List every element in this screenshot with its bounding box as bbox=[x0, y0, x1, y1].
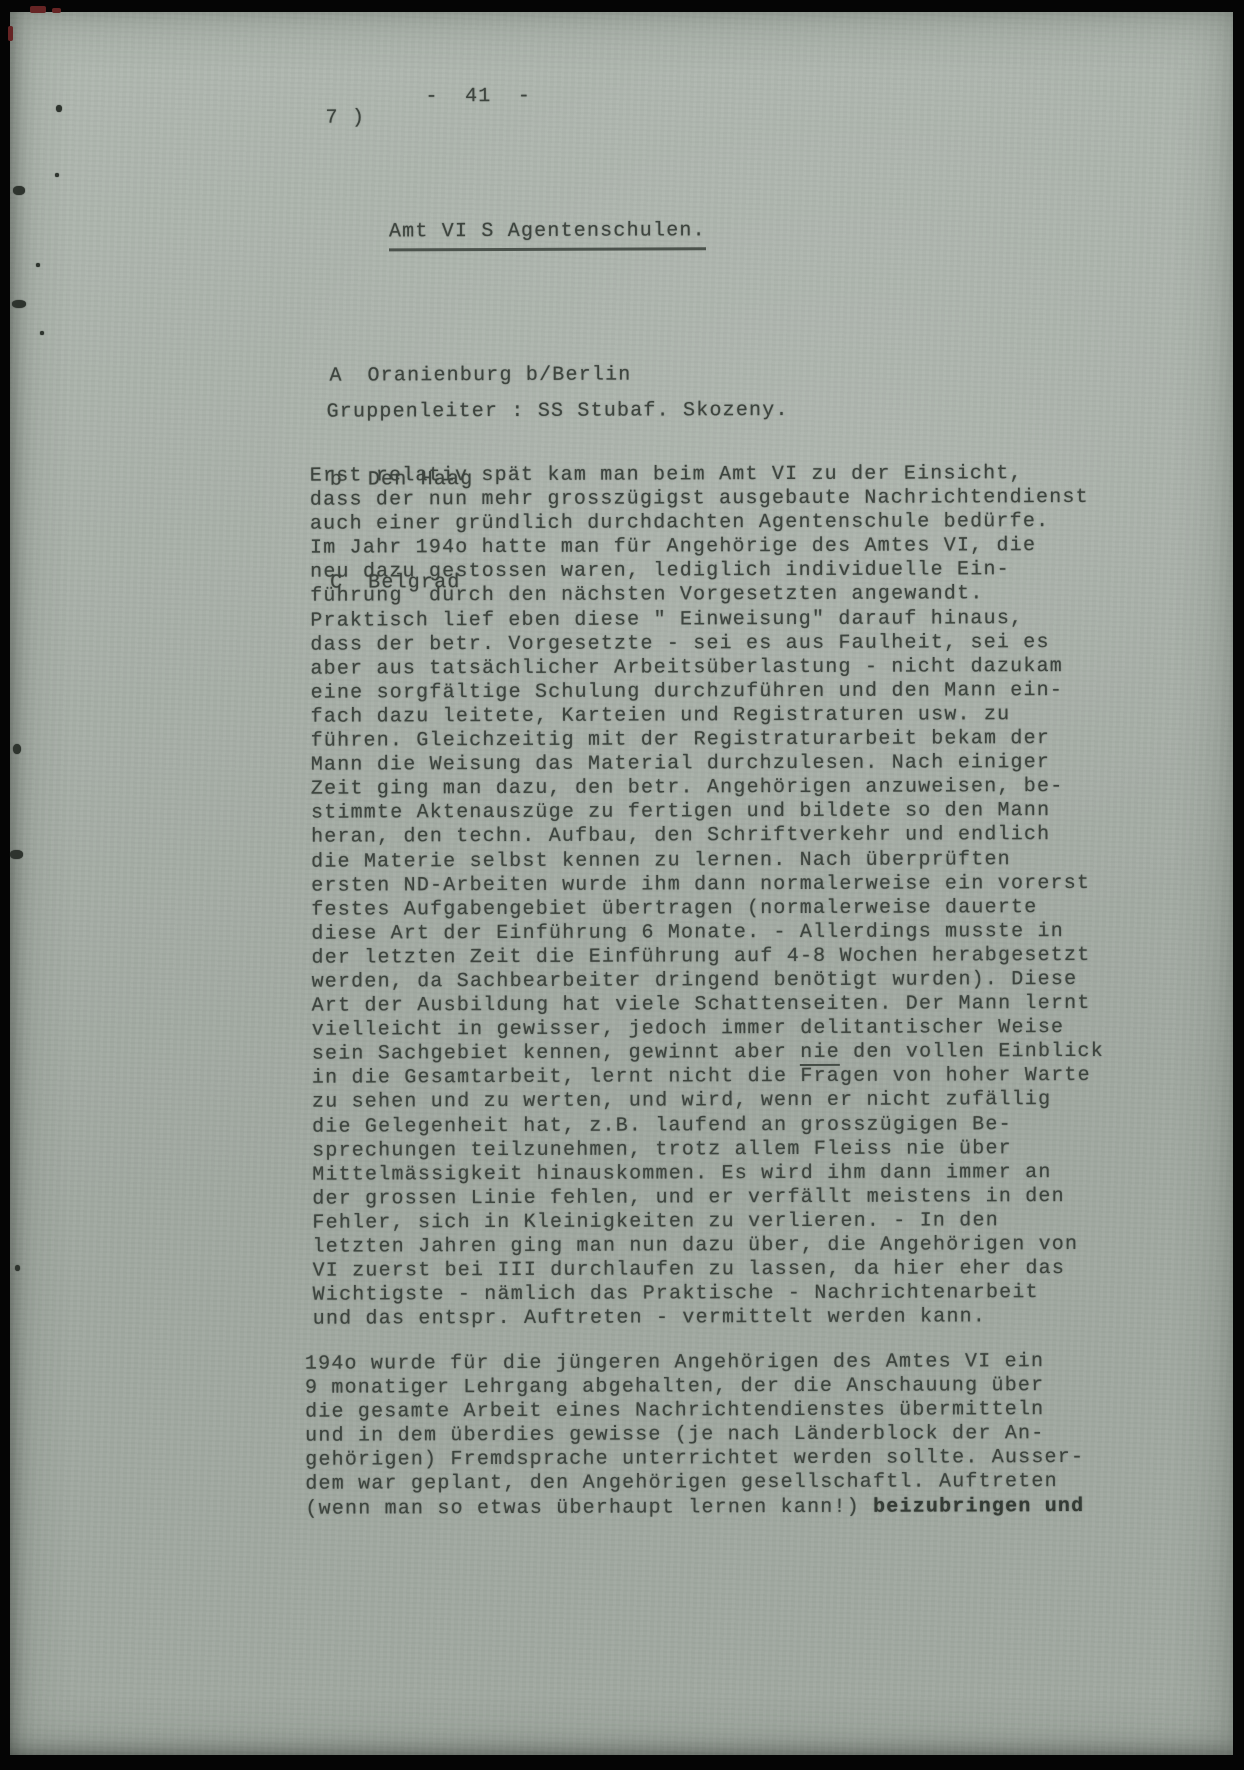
paper-sheet: - 41 - 7 ) Amt VI S Agentenschulen. AOra… bbox=[10, 12, 1233, 1755]
document-title: Amt VI S Agentenschulen. bbox=[389, 219, 706, 244]
ink-speck bbox=[40, 331, 44, 335]
ink-speck bbox=[15, 1265, 20, 1271]
ink-speck bbox=[55, 173, 59, 177]
ink-speck bbox=[13, 744, 21, 754]
scanned-document-page: - 41 - 7 ) Amt VI S Agentenschulen. AOra… bbox=[0, 0, 1244, 1770]
page-number: - 41 - bbox=[425, 85, 531, 109]
ink-speck bbox=[13, 186, 25, 195]
school-place: Oranienburg b/Berlin bbox=[367, 359, 631, 394]
ink-speck bbox=[36, 263, 40, 267]
group-leader-line: Gruppenleiter : SS Stubaf. Skozeny. bbox=[327, 399, 789, 425]
ink-speck bbox=[12, 300, 26, 308]
paragraph-2: 194o wurde für die jüngeren Angehörigen … bbox=[305, 1350, 1085, 1521]
paragraph-1: Erst relativ spät kam man beim Amt VI zu… bbox=[310, 462, 1105, 1332]
scan-mark bbox=[30, 6, 46, 13]
document-title-text: Amt VI S Agentenschulen. bbox=[389, 219, 706, 251]
section-number-note: 7 ) bbox=[326, 106, 366, 130]
overstruck-bold-text: beizubringen und bbox=[873, 1495, 1084, 1519]
school-letter: A bbox=[329, 360, 343, 395]
scan-mark bbox=[8, 26, 13, 41]
ink-speck bbox=[56, 105, 62, 112]
list-item: AOranienburg b/Berlin bbox=[329, 359, 631, 395]
scan-mark bbox=[52, 8, 61, 13]
ink-speck bbox=[10, 850, 23, 859]
paragraph-1-text-a: Erst relativ spät kam man beim Amt VI zu… bbox=[310, 462, 1091, 1066]
typewritten-content: - 41 - 7 ) Amt VI S Agentenschulen. AOra… bbox=[8, 9, 1237, 1756]
underlined-word-nie: nie bbox=[800, 1041, 840, 1066]
paragraph-1-text-b: den vollen Einblick in die Gesamtarbeit,… bbox=[312, 1040, 1104, 1331]
